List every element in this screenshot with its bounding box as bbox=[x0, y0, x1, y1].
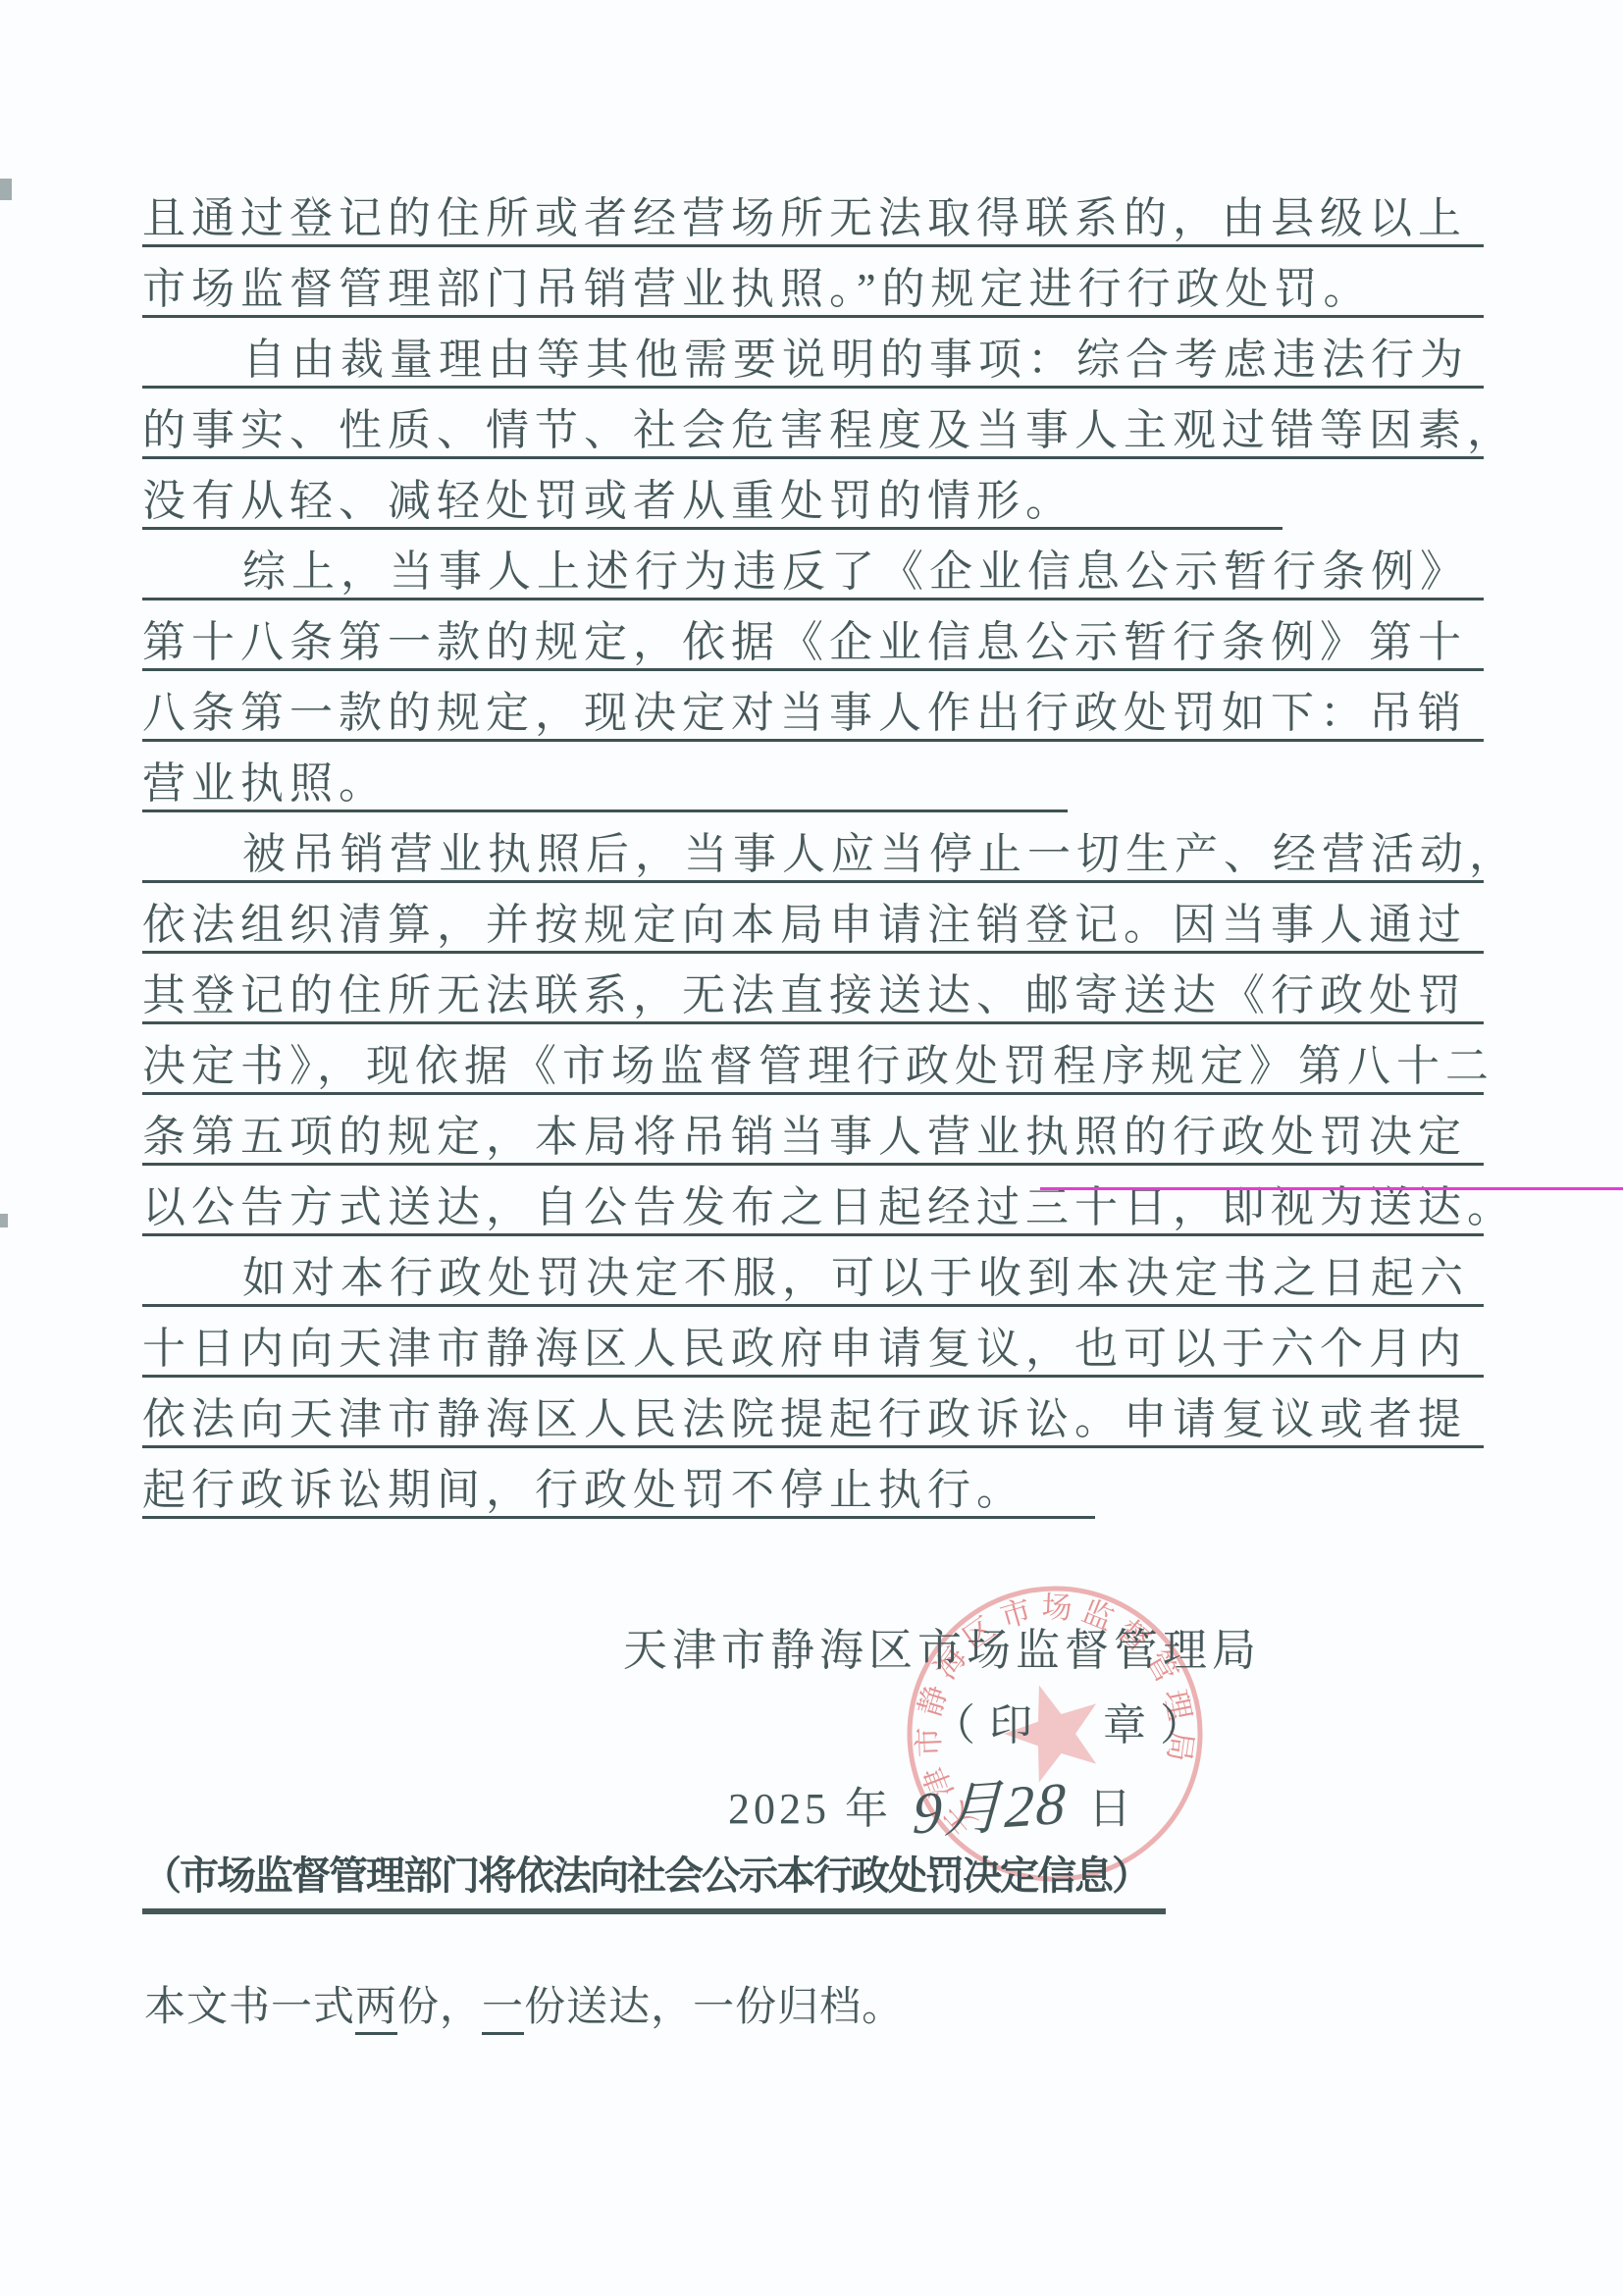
body-line-text: 如对本行政处罚决定不服，可以于收到本决定书之日起六 bbox=[142, 1257, 1469, 1304]
body-line: 依法向天津市静海区人民法院提起行政诉讼。申请复议或者提 bbox=[142, 1378, 1484, 1448]
scanned-penalty-decision-page: 且通过登记的住所或者经营场所无法取得联系的，由县级以上市场监督管理部门吊销营业执… bbox=[0, 0, 1623, 2296]
body-line: 八条第一款的规定，现决定对当事人作出行政处罚如下：吊销 bbox=[142, 671, 1484, 742]
body-line-text: 条第五项的规定，本局将吊销当事人营业执照的行政处罚决定 bbox=[142, 1116, 1467, 1163]
body-line: 条第五项的规定，本局将吊销当事人营业执照的行政处罚决定 bbox=[142, 1095, 1484, 1166]
public-disclosure-notice: （市场监督管理部门将依法向社会公示本行政处罚决定信息） bbox=[142, 1845, 1149, 1901]
body-line-text: 以公告方式送达，自公告发布之日起经过三十日，即视为送达。 bbox=[142, 1186, 1516, 1233]
body-line-text: 八条第一款的规定，现决定对当事人作出行政处罚如下：吊销 bbox=[142, 692, 1467, 739]
body-line-text: 起行政诉讼期间，行政处罚不停止执行。 bbox=[142, 1469, 1025, 1516]
date-day-suffix: 日 bbox=[1088, 1785, 1135, 1833]
scan-artifact bbox=[0, 1214, 8, 1227]
body-line-text: 依法向天津市静海区人民法院提起行政诉讼。申请复议或者提 bbox=[142, 1398, 1467, 1445]
body-line-text: 综上，当事人上述行为违反了《企业信息公示暂行条例》 bbox=[142, 550, 1469, 598]
body-text: 且通过登记的住所或者经营场所无法取得联系的，由县级以上市场监督管理部门吊销营业执… bbox=[142, 177, 1484, 1519]
body-line: 以公告方式送达，自公告发布之日起经过三十日，即视为送达。 bbox=[142, 1166, 1484, 1236]
body-line: 且通过登记的住所或者经营场所无法取得联系的，由县级以上 bbox=[142, 177, 1484, 247]
copies-note-text: 本文书一式 bbox=[144, 1985, 355, 2030]
decision-date: 2025 年 9月28 日 bbox=[728, 1756, 1135, 1841]
copies-note: 本文书一式两份，一份送达，一份归档。 bbox=[144, 1974, 904, 2033]
body-line: 市场监督管理部门吊销营业执照。”的规定进行行政处罚。 bbox=[142, 247, 1484, 318]
body-line-text: 市场监督管理部门吊销营业执照。”的规定进行行政处罚。 bbox=[142, 268, 1373, 315]
seal-placeholder-label: （印 章） bbox=[932, 1690, 1217, 1752]
date-year-part: 2025 年 bbox=[728, 1785, 892, 1833]
body-line-text: 被吊销营业执照后，当事人应当停止一切生产、经营活动， bbox=[142, 833, 1518, 880]
body-line: 没有从轻、减轻处罚或者从重处罚的情形。 bbox=[142, 459, 1283, 530]
body-line: 的事实、性质、情节、社会危害程度及当事人主观过错等因素， bbox=[142, 389, 1484, 459]
body-line-text: 依法组织清算，并按规定向本局申请注销登记。因当事人通过 bbox=[142, 904, 1467, 951]
body-line-text: 的事实、性质、情节、社会危害程度及当事人主观过错等因素， bbox=[142, 409, 1516, 456]
copies-note-underlined-liang: 两 bbox=[355, 1985, 397, 2035]
body-line: 依法组织清算，并按规定向本局申请注销登记。因当事人通过 bbox=[142, 883, 1484, 954]
body-line-text: 没有从轻、减轻处罚或者从重处罚的情形。 bbox=[142, 480, 1074, 527]
body-line: 营业执照。 bbox=[142, 742, 1068, 812]
copies-note-text: 份送达，一份归档。 bbox=[524, 1985, 904, 2030]
body-line-text: 十日内向天津市静海区人民政府申请复议，也可以于六个月内 bbox=[142, 1328, 1467, 1375]
body-line: 自由裁量理由等其他需要说明的事项：综合考虑违法行为 bbox=[142, 318, 1484, 389]
body-line: 起行政诉讼期间，行政处罚不停止执行。 bbox=[142, 1448, 1095, 1519]
copies-note-underlined-yi: 一 bbox=[482, 1985, 524, 2035]
date-handwritten-month-day: 9月28 bbox=[912, 1755, 1070, 1851]
body-line-text: 且通过登记的住所或者经营场所无法取得联系的，由县级以上 bbox=[142, 197, 1467, 244]
divider-rule bbox=[142, 1908, 1166, 1914]
magenta-mark-line bbox=[1040, 1187, 1623, 1190]
scan-artifact bbox=[0, 179, 12, 200]
body-line-text: 其登记的住所无法联系，无法直接送达、邮寄送达《行政处罚 bbox=[142, 974, 1467, 1021]
body-line: 其登记的住所无法联系，无法直接送达、邮寄送达《行政处罚 bbox=[142, 954, 1484, 1024]
body-line-text: 决定书》，现依据《市场监督管理行政处罚程序规定》第八十二 bbox=[142, 1045, 1494, 1092]
body-line-text: 自由裁量理由等其他需要说明的事项：综合考虑违法行为 bbox=[142, 339, 1469, 386]
issuing-authority-name: 天津市静海区市场监督管理局 bbox=[623, 1614, 1261, 1678]
body-line: 如对本行政处罚决定不服，可以于收到本决定书之日起六 bbox=[142, 1236, 1484, 1307]
body-line: 第十八条第一款的规定，依据《企业信息公示暂行条例》第十 bbox=[142, 600, 1484, 671]
body-line-text: 营业执照。 bbox=[142, 762, 388, 809]
copies-note-text: 份， bbox=[397, 1985, 482, 2030]
body-line: 被吊销营业执照后，当事人应当停止一切生产、经营活动， bbox=[142, 812, 1484, 883]
body-line: 综上，当事人上述行为违反了《企业信息公示暂行条例》 bbox=[142, 530, 1484, 600]
body-line-text: 第十八条第一款的规定，依据《企业信息公示暂行条例》第十 bbox=[142, 621, 1467, 668]
body-line: 决定书》，现依据《市场监督管理行政处罚程序规定》第八十二 bbox=[142, 1024, 1484, 1095]
body-line: 十日内向天津市静海区人民政府申请复议，也可以于六个月内 bbox=[142, 1307, 1484, 1378]
